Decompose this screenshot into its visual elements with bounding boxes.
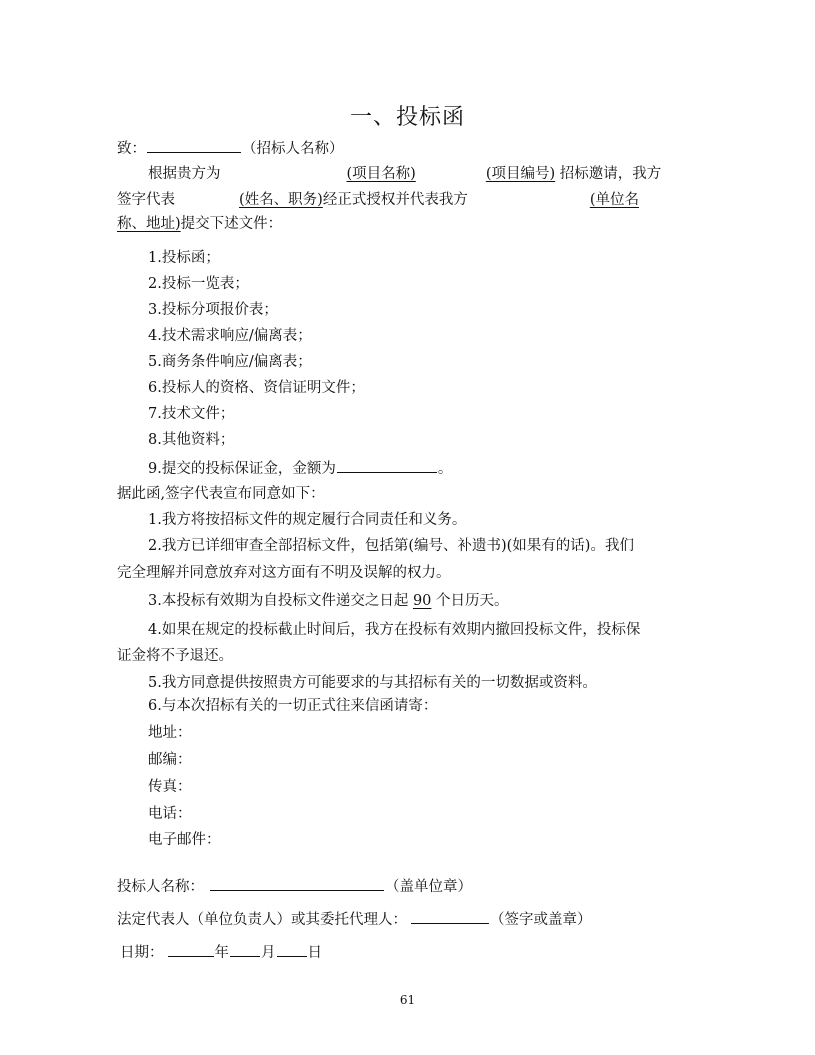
deposit-amount-blank[interactable] (337, 458, 437, 473)
declaration-2-line-2: 完全理解并同意放弃对这方面有不明及误解的权力。 (117, 563, 707, 583)
contact-phone: 电话： (117, 804, 738, 824)
validity-suffix: 个日历天。 (431, 593, 508, 609)
bidder-label: 投标人名称： (117, 879, 204, 895)
year-blank[interactable] (168, 942, 214, 957)
document-page: 一、投标函 致：（招标人名称） 根据贵方为(项目名称)(项目编号) 招标邀请，我… (0, 0, 815, 1055)
date-line: 日期：年月日 (120, 942, 710, 963)
representative-suffix: （签字或盖章） (490, 912, 592, 928)
unit-label-2: 称、地址) (117, 216, 181, 232)
recipient-prefix: 致： (117, 141, 146, 157)
recipient-suffix: （招标人名称） (242, 141, 344, 157)
intro-line-3: 称、地址)提交下述文件： (117, 214, 707, 234)
document-item: 3.投标分项报价表； (117, 300, 738, 320)
intro-line-1: 根据贵方为(项目名称)(项目编号) 招标邀请，我方 (117, 164, 738, 184)
date-label: 日期： (120, 945, 164, 961)
intro-prefix: 根据贵方为 (148, 166, 221, 182)
project-name-label: (项目名称) (347, 166, 416, 182)
unit-label-1: (单位名 (590, 192, 639, 208)
year-label: 年 (215, 945, 230, 961)
signatory-field[interactable]: (姓名、职务) (175, 192, 323, 208)
bidder-name-blank[interactable] (210, 876, 384, 891)
representative-line: 法定代表人（单位负责人）或其委托代理人：（签字或盖章） (117, 909, 707, 930)
document-item: 1.投标函； (117, 248, 738, 268)
month-label: 月 (261, 945, 276, 961)
declaration-intro: 据此函,签字代表宣布同意如下： (117, 484, 707, 504)
declaration-3: 3.本投标有效期为自投标文件递交之日起 90 个日历天。 (117, 591, 738, 611)
validity-prefix: 3.本投标有效期为自投标文件递交之日起 (148, 593, 413, 609)
document-item: 7.技术文件； (117, 404, 738, 424)
document-item: 8.其他资料； (117, 430, 738, 450)
month-blank[interactable] (230, 942, 260, 957)
contact-postcode: 邮编： (117, 750, 738, 770)
representative-label: 法定代表人（单位负责人）或其委托代理人： (117, 912, 407, 928)
contact-email: 电子邮件： (117, 830, 738, 850)
deposit-line: 9.提交的投标保证金，金额为。 (117, 458, 738, 479)
recipient-name-blank[interactable] (147, 138, 241, 153)
document-item: 4.技术需求响应/偏离表； (117, 326, 738, 346)
day-blank[interactable] (277, 942, 307, 957)
authorization-text: 经正式授权并代表我方 (323, 192, 468, 208)
document-item: 5.商务条件响应/偏离表； (117, 352, 738, 372)
declaration-4-line-2: 证金将不予退还。 (117, 646, 707, 666)
bidder-suffix: （盖单位章） (385, 879, 472, 895)
project-name-field[interactable]: (项目名称)(项目编号) (221, 166, 556, 182)
recipient-line: 致：（招标人名称） (117, 138, 707, 159)
declaration-6: 6.与本次招标有关的一切正式往来信函请寄： (117, 696, 738, 716)
deposit-text: 9.提交的投标保证金，金额为 (148, 461, 336, 477)
name-title-label: (姓名、职务) (239, 192, 323, 208)
declaration-5: 5.我方同意提供按照贵方可能要求的与其招标有关的一切数据或资料。 (117, 673, 738, 693)
signatory-prefix: 签字代表 (117, 192, 175, 208)
document-item: 2.投标一览表； (117, 274, 738, 294)
project-number-label: (项目编号) (486, 166, 555, 182)
declaration-4-line-1: 4.如果在规定的投标截止时间后，我方在投标有效期内撤回投标文件，投标保 (117, 620, 738, 640)
declaration-1: 1.我方将按招标文件的规定履行合同责任和义务。 (117, 510, 738, 530)
page-number: 61 (0, 993, 815, 1007)
submit-text: 提交下述文件： (181, 216, 283, 232)
contact-address: 地址： (117, 723, 738, 743)
validity-days: 90 (413, 593, 431, 609)
intro-line-2: 签字代表(姓名、职务)经正式授权并代表我方(单位名 (117, 190, 707, 210)
document-item: 6.投标人的资格、资信证明文件； (117, 378, 738, 398)
unit-field[interactable]: (单位名 (468, 192, 639, 208)
contact-fax: 传真： (117, 777, 738, 797)
representative-blank[interactable] (411, 909, 489, 924)
intro-suffix: 招标邀请，我方 (555, 166, 661, 182)
declaration-2-line-1: 2.我方已详细审查全部招标文件，包括第(编号、补遗书)(如果有的话)。我们 (117, 536, 738, 556)
page-title: 一、投标函 (0, 100, 815, 131)
day-label: 日 (308, 945, 323, 961)
deposit-suffix: 。 (438, 461, 453, 477)
bidder-name-line: 投标人名称：（盖单位章） (117, 876, 707, 897)
